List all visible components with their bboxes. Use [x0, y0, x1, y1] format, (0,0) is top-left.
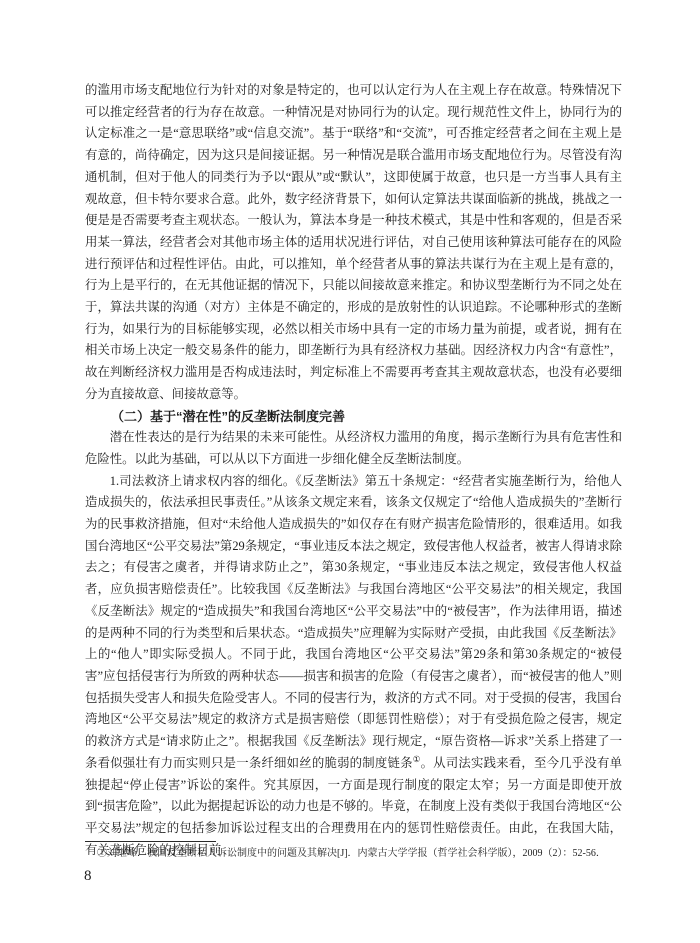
paragraph: 潜在性表达的是行为结果的未来可能性。从经济权力滥用的角度，揭示垄断行为具有危害性… — [85, 427, 622, 470]
paragraph-text-before-note: 1.司法救济上请求权内容的细化。《反垄断法》第五十条规定：“经营者实施垄断行为，… — [85, 474, 622, 770]
paragraph-with-footnote: 1.司法救济上请求权内容的细化。《反垄断法》第五十条规定：“经营者实施垄断行为，… — [85, 471, 622, 862]
page-number: 8 — [84, 866, 92, 886]
document-page: 的滥用市场支配地位行为针对的对象是特定的，也可以认定行为人在主观上存在故意。特殊… — [0, 0, 700, 943]
section-heading: （二）基于“潜在性”的反垄断法制度完善 — [85, 406, 622, 428]
footnote-reference-mark: ① — [413, 754, 421, 764]
footnote-marker: ① — [97, 848, 107, 859]
page-body: 的滥用市场支配地位行为针对的对象是特定的，也可以认定行为人在主观上存在故意。特殊… — [85, 80, 622, 861]
footnote: ①刘继峰．我国反垄断私人诉讼制度中的问题及其解决[J]．内蒙古大学学报（哲学社会… — [85, 847, 622, 861]
footnote-text: 刘继峰．我国反垄断私人诉讼制度中的问题及其解决[J]．内蒙古大学学报（哲学社会科… — [107, 848, 606, 859]
footnote-separator — [85, 841, 216, 842]
paragraph-continuation: 的滥用市场支配地位行为针对的对象是特定的，也可以认定行为人在主观上存在故意。特殊… — [85, 80, 622, 406]
